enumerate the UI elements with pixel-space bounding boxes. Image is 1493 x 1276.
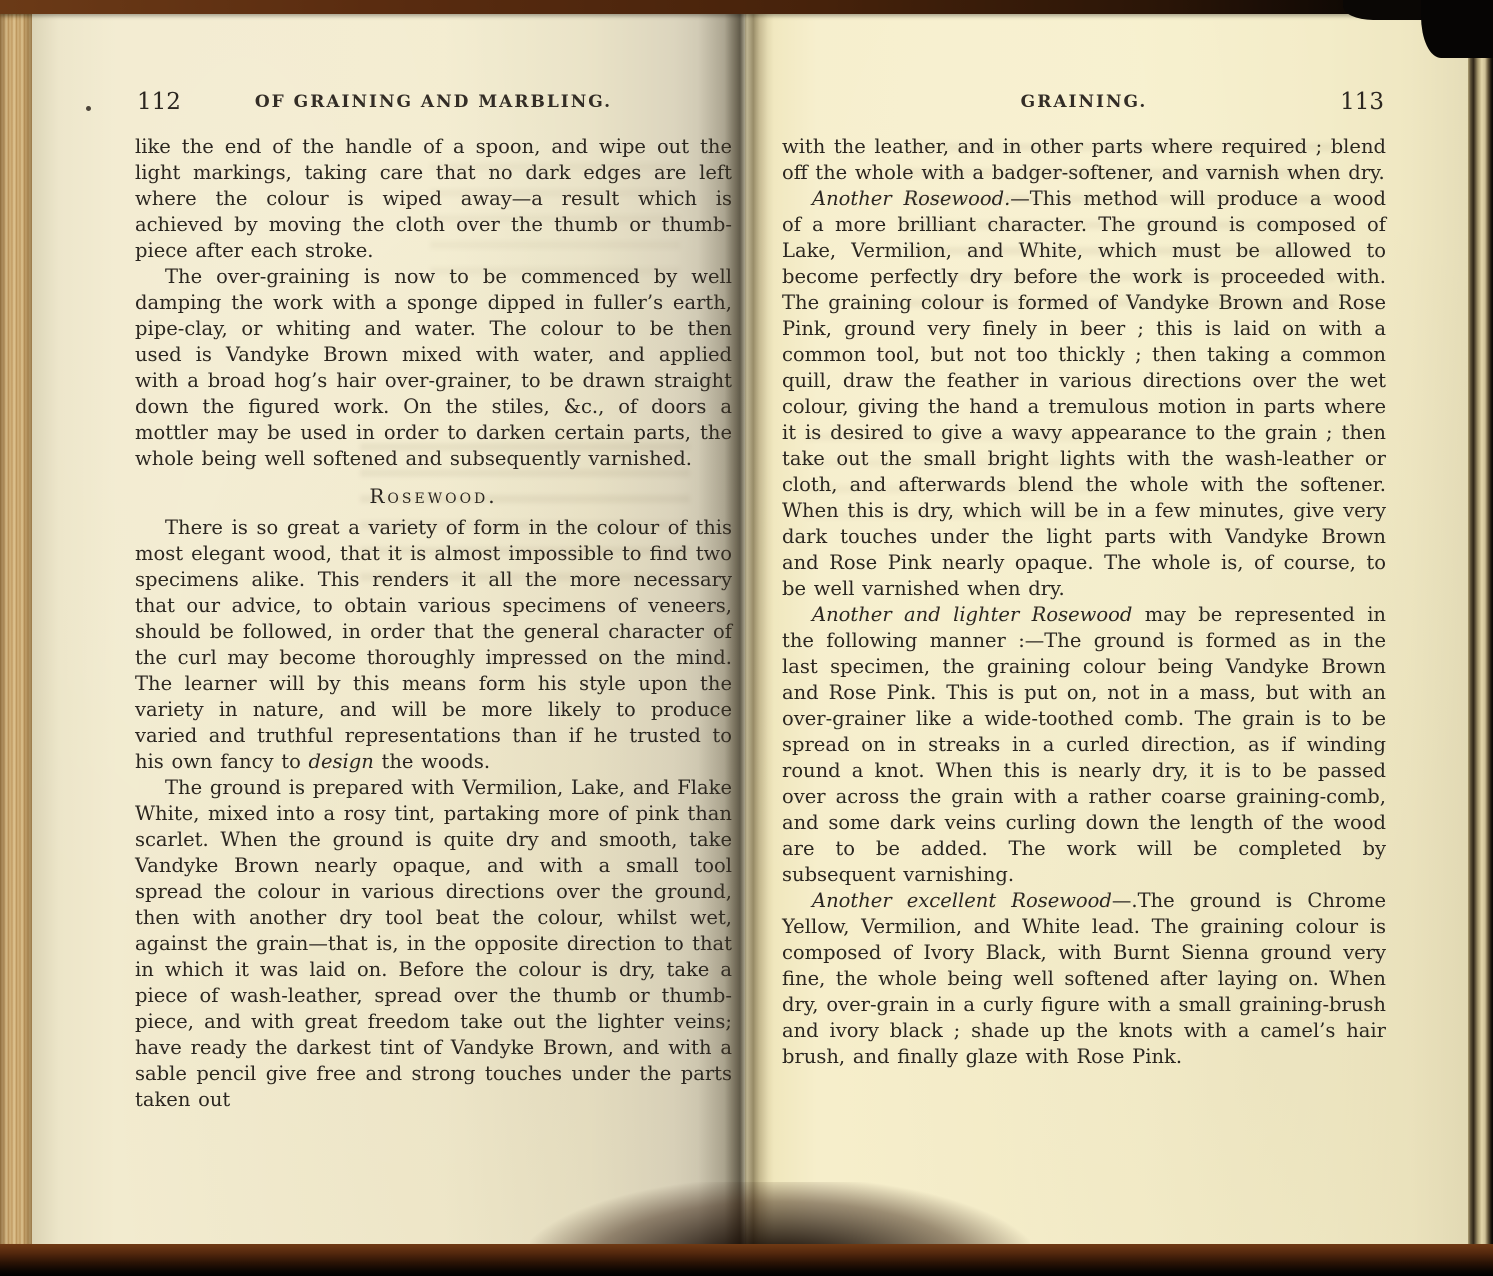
body-text: —This method will produce a wood of a mo…	[782, 187, 1386, 600]
body-text: may be represented in the following mann…	[782, 603, 1386, 886]
binding-bottom	[0, 1244, 1493, 1276]
paragraph: Another and lighter Rosewood may be repr…	[782, 602, 1386, 888]
body-text: There is so great a variety of form in t…	[135, 516, 732, 773]
left-page: 112 OF GRAINING AND MARBLING. like the e…	[30, 13, 745, 1253]
body-text: The over-graining is now to be commenced…	[135, 265, 732, 470]
page-number: 112	[137, 89, 181, 115]
body-text: with the leather, and in other parts whe…	[782, 135, 1386, 184]
paragraph: with the leather, and in other parts whe…	[782, 134, 1386, 186]
paragraph: Another Rosewood.—This method will produ…	[782, 186, 1386, 602]
right-page: GRAINING. 113 with the leather, and in o…	[745, 13, 1468, 1253]
paragraph: The over-graining is now to be commenced…	[135, 264, 732, 472]
italic-text: Another excellent Rosewood	[812, 889, 1112, 912]
running-header: GRAINING.	[782, 92, 1386, 112]
section-heading: Rosewood.	[135, 483, 732, 509]
body-text: —.The ground is Chrome Yellow, Vermilion…	[782, 889, 1386, 1068]
binding-corner-shadow	[1421, 0, 1493, 58]
paragraph: Another excellent Rosewood—.The ground i…	[782, 888, 1386, 1070]
paragraph: The ground is prepared with Vermilion, L…	[135, 775, 732, 1113]
body-text: like the end of the handle of a spoon, a…	[135, 135, 732, 262]
italic-text: Another Rosewood.	[812, 187, 1010, 210]
page-edge-stack-right	[1468, 50, 1493, 1250]
italic-text: design	[309, 750, 374, 773]
italic-text: Another and lighter Rosewood	[812, 603, 1132, 626]
ink-speck	[86, 106, 91, 111]
running-header: OF GRAINING AND MARBLING.	[135, 92, 732, 112]
body-text: The ground is prepared with Vermilion, L…	[135, 776, 732, 1111]
left-page-body: like the end of the handle of a spoon, a…	[135, 134, 732, 1113]
right-page-body: with the leather, and in other parts whe…	[782, 134, 1386, 1070]
page-edge-stack-left	[0, 13, 32, 1250]
page-number: 113	[1340, 89, 1384, 115]
body-text: the woods.	[374, 750, 490, 773]
binding-top	[0, 0, 1493, 14]
paragraph: like the end of the handle of a spoon, a…	[135, 134, 732, 264]
paragraph: There is so great a variety of form in t…	[135, 515, 732, 775]
left-page-header: 112 OF GRAINING AND MARBLING.	[135, 92, 732, 112]
right-page-header: GRAINING. 113	[782, 92, 1386, 112]
